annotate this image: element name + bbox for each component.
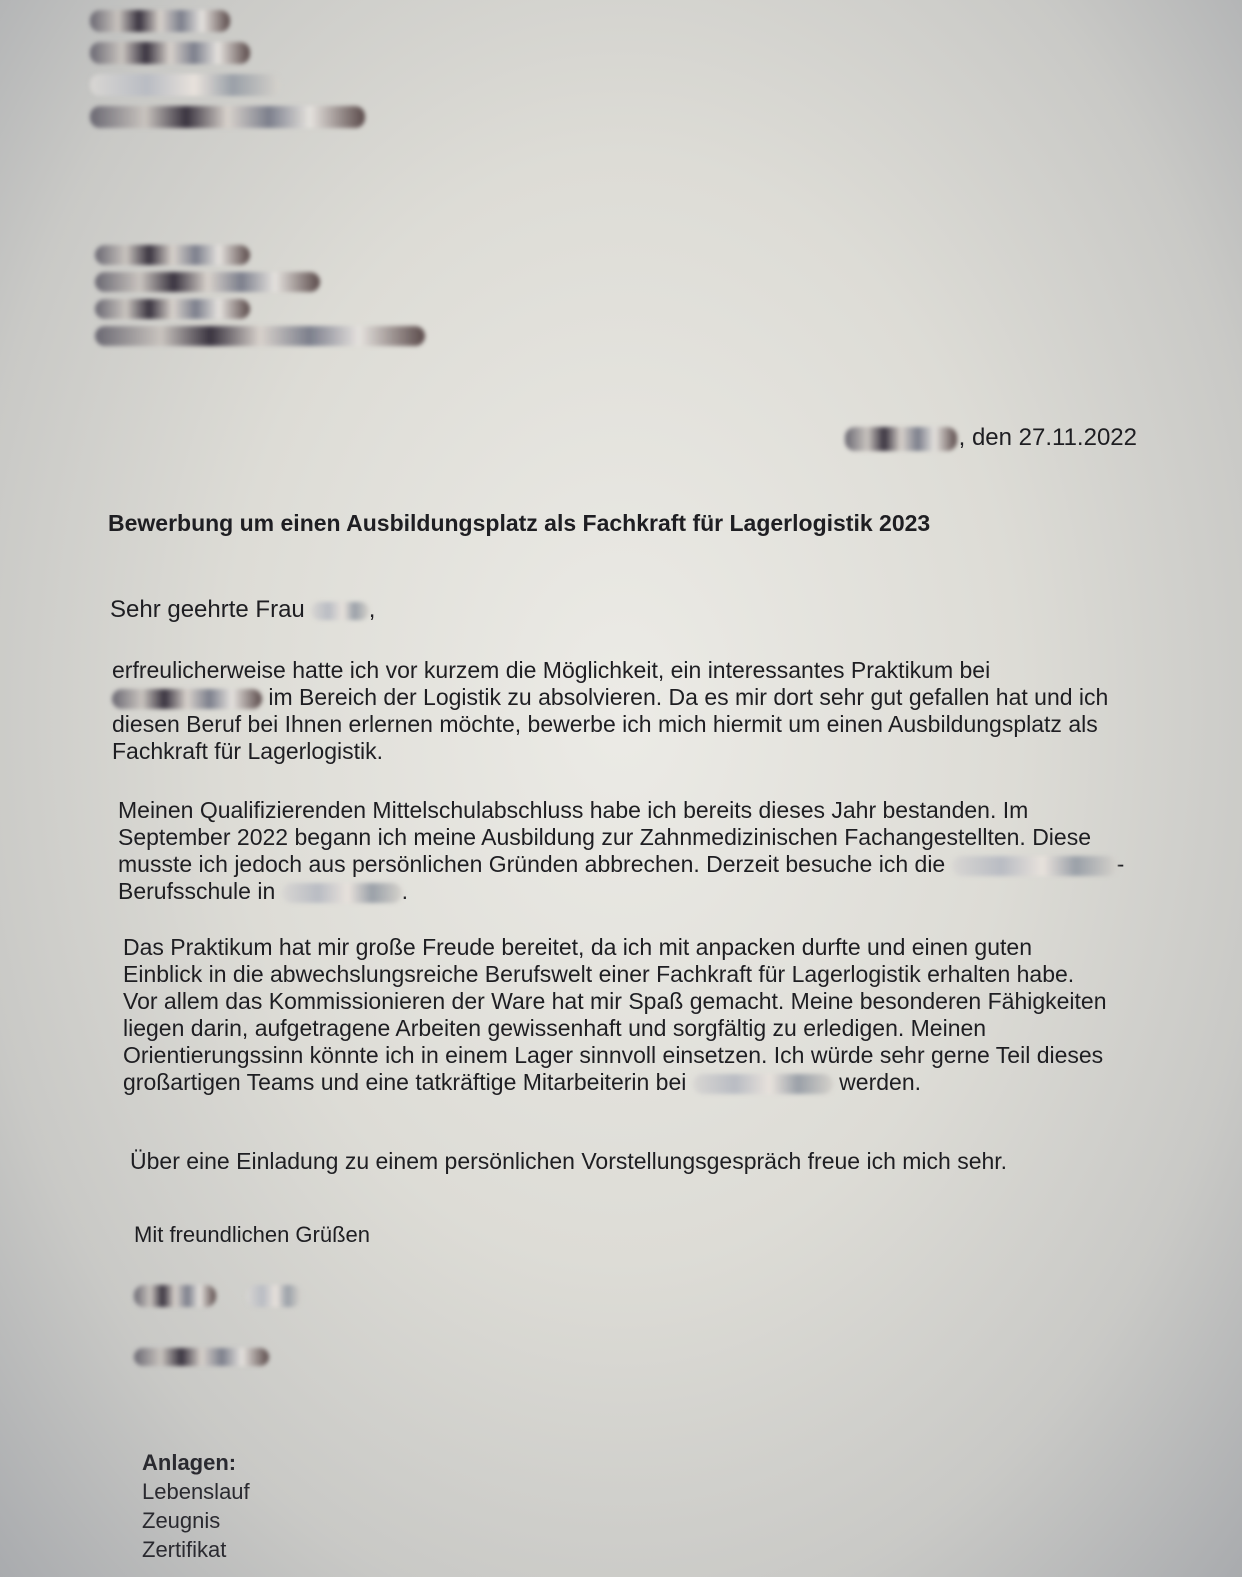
paragraph-text: werden. bbox=[839, 1069, 921, 1095]
redacted-block bbox=[95, 299, 250, 319]
paragraph-motivation: Das Praktikum hat mir große Freude berei… bbox=[123, 934, 1113, 1096]
attachments: Anlagen: Lebenslauf Zeugnis Zertifikat bbox=[142, 1448, 250, 1564]
redacted-company bbox=[112, 689, 262, 709]
attachment-item: Zeugnis bbox=[142, 1506, 250, 1535]
letter-page: , den 27.11.2022 Bewerbung um einen Ausb… bbox=[0, 0, 1242, 1577]
attachment-item: Zertifikat bbox=[142, 1535, 250, 1564]
paragraph-text: Meinen Qualifizierenden Mittelschulabsch… bbox=[118, 797, 1091, 877]
signature-redacted bbox=[134, 1285, 301, 1307]
salutation: Sehr geehrte Frau, bbox=[110, 596, 375, 624]
paragraph-invitation: Über eine Einladung zu einem persönliche… bbox=[130, 1148, 1080, 1175]
redacted-block bbox=[90, 106, 365, 128]
redacted-name bbox=[311, 602, 369, 620]
paragraph-text: erfreulicherweise hatte ich vor kurzem d… bbox=[112, 657, 990, 683]
redacted-block bbox=[90, 74, 280, 96]
paragraph-intro: erfreulicherweise hatte ich vor kurzem d… bbox=[112, 657, 1142, 765]
recipient-address-redacted bbox=[95, 245, 425, 353]
closing: Mit freundlichen Grüßen bbox=[134, 1222, 370, 1248]
redacted-block bbox=[90, 10, 230, 32]
redacted-block bbox=[95, 326, 425, 346]
paragraph-text: . bbox=[402, 878, 408, 904]
redacted-city bbox=[282, 883, 402, 903]
subject-line: Bewerbung um einen Ausbildungsplatz als … bbox=[108, 510, 930, 537]
redacted-block bbox=[134, 1348, 269, 1366]
redacted-block bbox=[95, 272, 320, 292]
redacted-company bbox=[693, 1074, 833, 1094]
redacted-place bbox=[845, 427, 957, 451]
redacted-block bbox=[246, 1285, 301, 1307]
redacted-block bbox=[134, 1285, 216, 1307]
redacted-school bbox=[952, 856, 1117, 876]
attachments-title: Anlagen: bbox=[142, 1448, 250, 1477]
signature-name-redacted bbox=[134, 1348, 269, 1366]
date-text: , den 27.11.2022 bbox=[959, 424, 1137, 451]
redacted-block bbox=[90, 42, 250, 64]
place-date-line: , den 27.11.2022 bbox=[845, 424, 1137, 452]
salutation-text: Sehr geehrte Frau bbox=[110, 596, 305, 623]
sender-address-redacted bbox=[90, 10, 365, 138]
redacted-block bbox=[95, 245, 250, 265]
paragraph-text: Das Praktikum hat mir große Freude berei… bbox=[123, 934, 1107, 1095]
attachment-item: Lebenslauf bbox=[142, 1477, 250, 1506]
paragraph-education: Meinen Qualifizierenden Mittelschulabsch… bbox=[118, 797, 1128, 905]
